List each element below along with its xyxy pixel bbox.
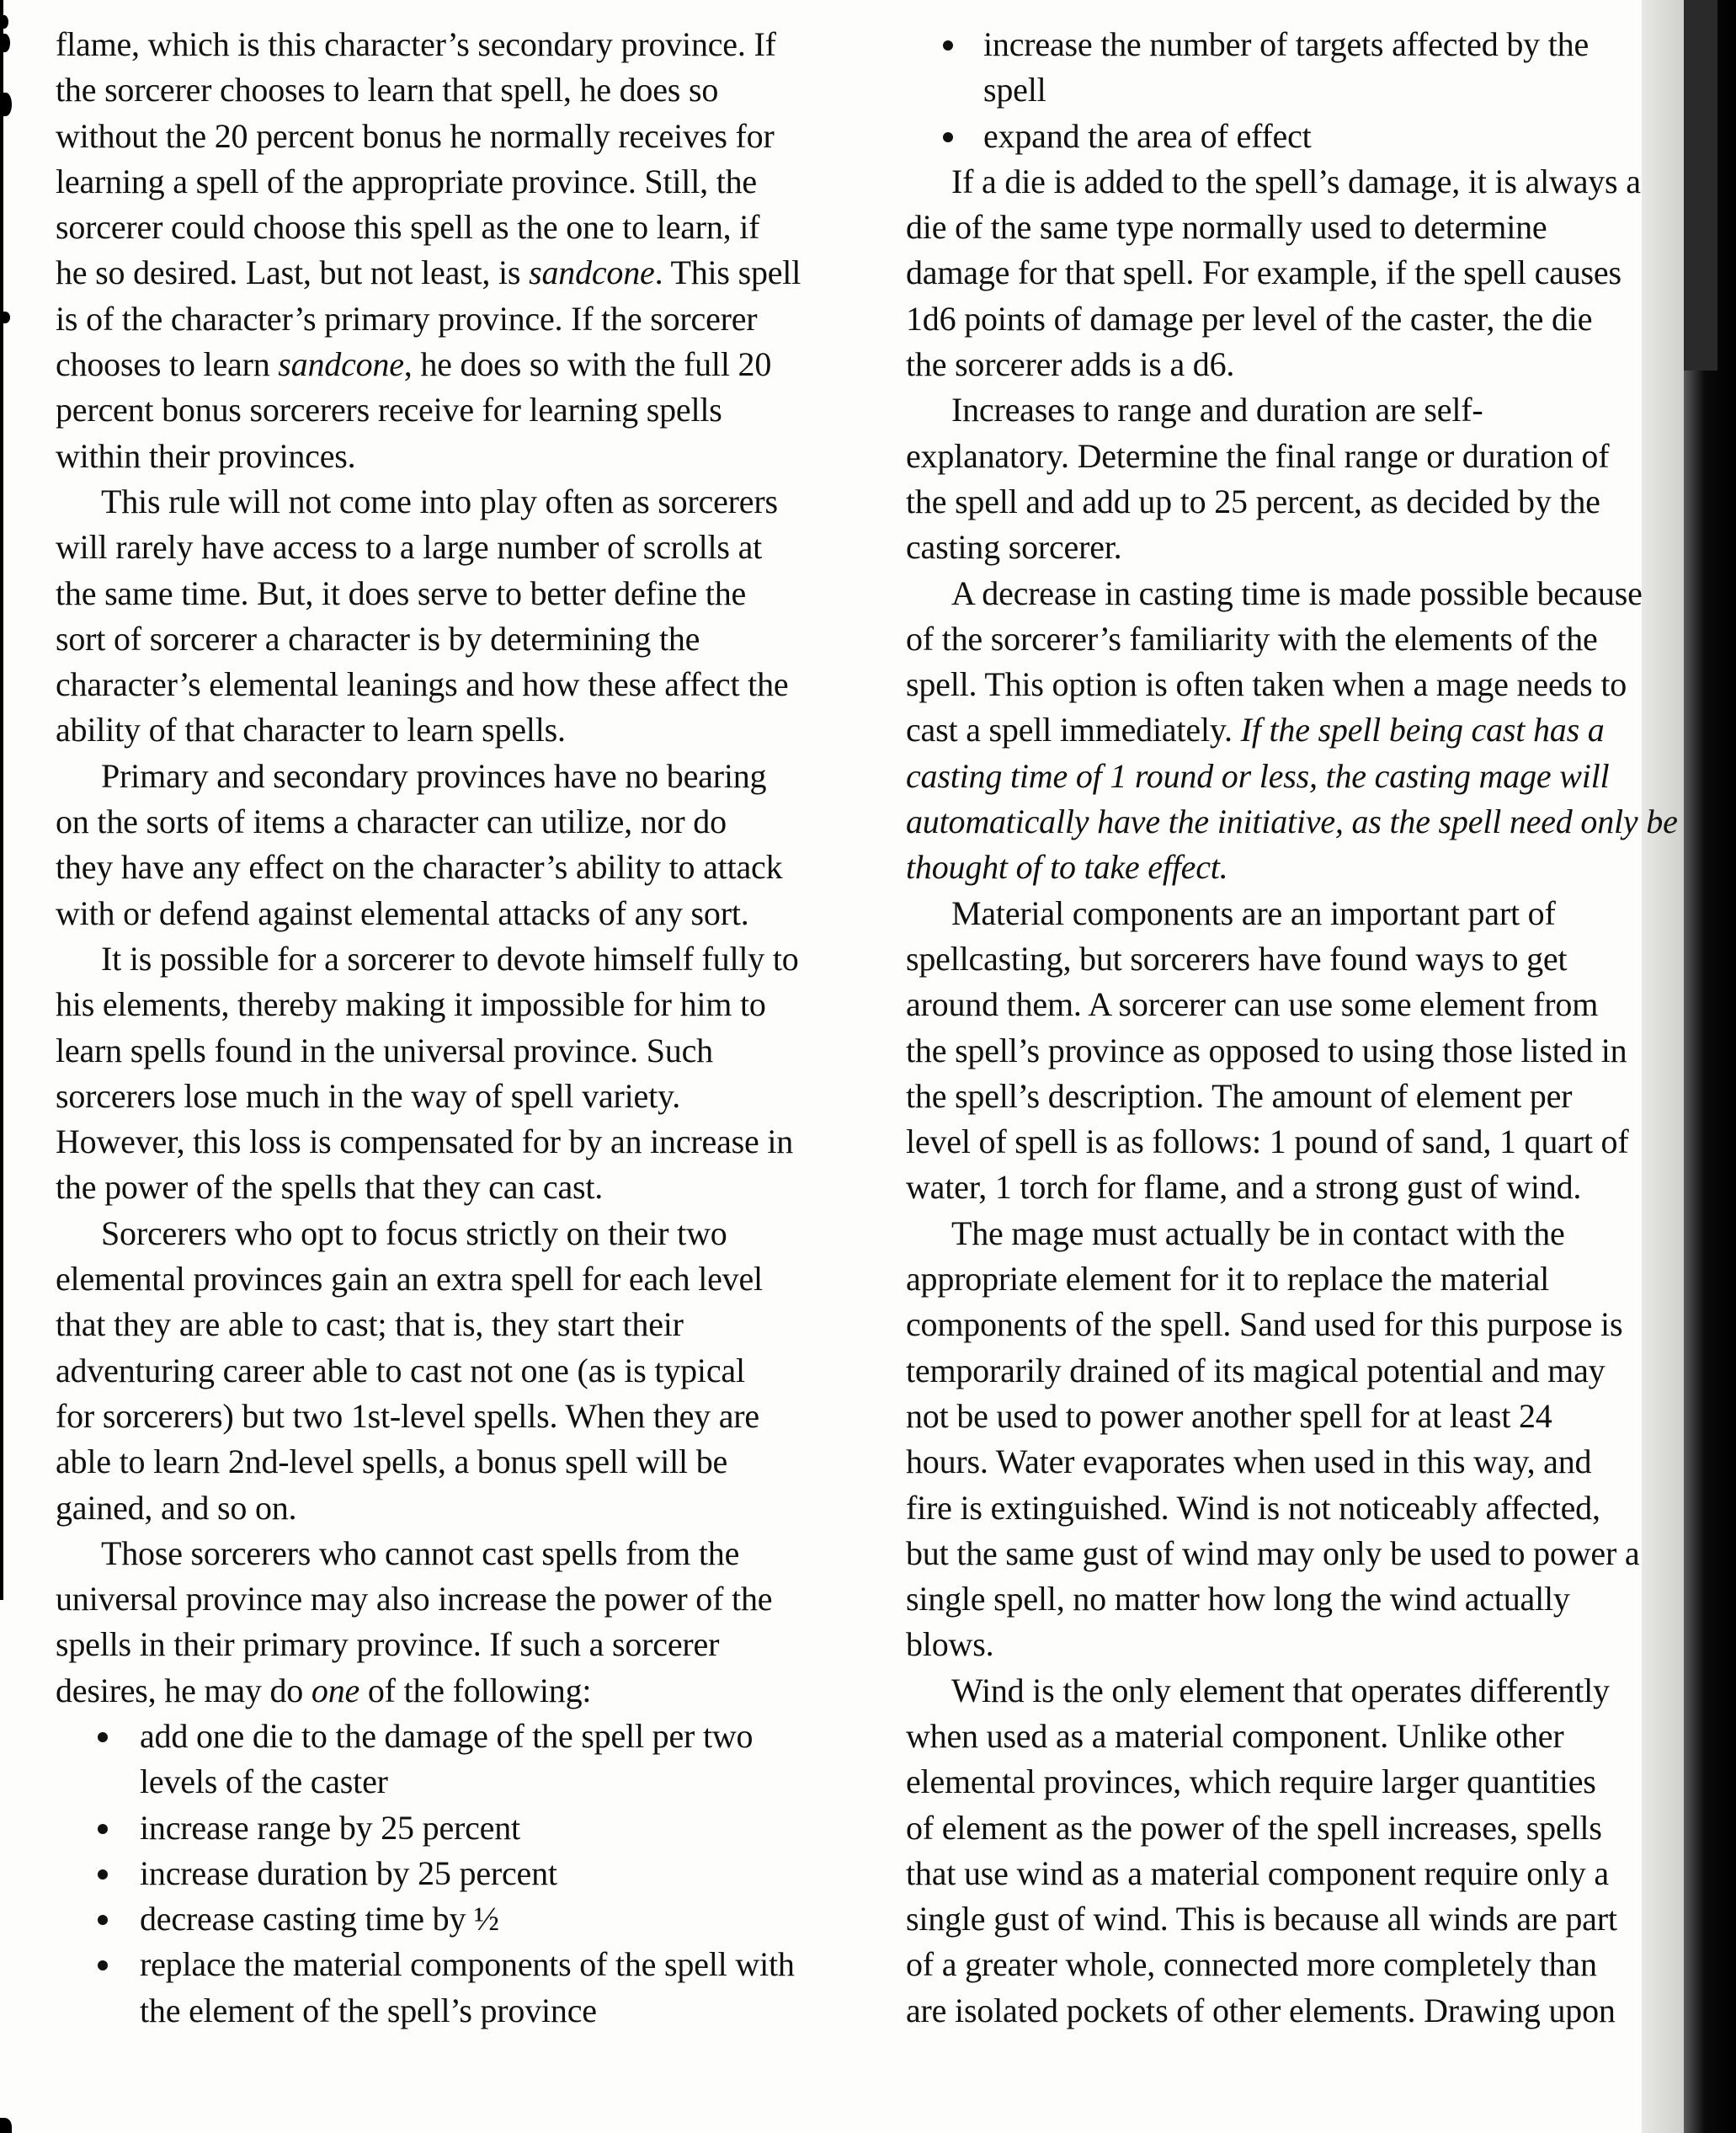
text-line: Material components are an important par… [906, 891, 1689, 936]
list-item: replace the material components of the s… [56, 1942, 855, 1987]
emphasis: one [312, 1672, 359, 1709]
list-item: increase the number of targets affected … [906, 22, 1689, 67]
italic-rule-line: thought of to take effect. [906, 845, 1689, 890]
paragraph: Sorcerers who opt to focus strictly on t… [56, 1211, 855, 1531]
text-line: hours. Water evaporates when used in thi… [906, 1439, 1689, 1485]
bullet-icon [943, 132, 953, 142]
list-item-text: increase duration by 25 percent [140, 1854, 557, 1892]
text-line: Wind is the only element that operates d… [906, 1668, 1689, 1714]
text-line: Primary and secondary provinces have no … [56, 754, 855, 799]
paragraph: This rule will not come into play often … [56, 479, 855, 754]
text-line: is of the character’s primary province. … [56, 296, 855, 342]
text-line: ability of that character to learn spell… [56, 707, 855, 753]
text-line: without the 20 percent bonus he normally… [56, 114, 855, 159]
text-line: Sorcerers who opt to focus strictly on t… [56, 1211, 855, 1256]
text-line: for sorcerers) but two 1st-level spells.… [56, 1394, 855, 1439]
text-span: of the following: [359, 1672, 591, 1709]
text-line: able to learn 2nd-level spells, a bonus … [56, 1439, 855, 1485]
text-line: the same time. But, it does serve to bet… [56, 571, 855, 616]
text-line: level of spell is as follows: 1 pound of… [906, 1119, 1689, 1165]
text-line: the spell’s description. The amount of e… [906, 1074, 1689, 1119]
text-span: . This spell [655, 253, 801, 291]
text-line: of element as the power of the spell inc… [906, 1805, 1689, 1851]
text-line: appropriate element for it to replace th… [906, 1256, 1689, 1302]
text-line: components of the spell. Sand used for t… [906, 1302, 1689, 1347]
text-line: the sorcerer chooses to learn that spell… [56, 67, 855, 113]
list-item-text: replace the material components of the s… [140, 1945, 795, 1983]
text-line: the power of the spells that they can ca… [56, 1165, 855, 1210]
paragraph: flame, which is this character’s seconda… [56, 22, 855, 479]
text-line: learning a spell of the appropriate prov… [56, 159, 855, 205]
paragraph: A decrease in casting time is made possi… [906, 571, 1689, 891]
text-line: Those sorcerers who cannot cast spells f… [56, 1531, 855, 1576]
bullet-icon [98, 1869, 108, 1880]
text-line: Increases to range and duration are self… [906, 387, 1689, 433]
text-line: within their provinces. [56, 434, 855, 479]
text-line: that use wind as a material component re… [906, 1851, 1689, 1896]
text-line: cast a spell immediately. If the spell b… [906, 707, 1689, 753]
paragraph: Those sorcerers who cannot cast spells f… [56, 1531, 855, 1714]
text-line: not be used to power another spell for a… [906, 1394, 1689, 1439]
text-line: temporarily drained of its magical poten… [906, 1348, 1689, 1394]
text-line: the spell and add up to 25 percent, as d… [906, 479, 1689, 525]
text-span: chooses to learn [56, 345, 278, 383]
bullet-icon [98, 1915, 108, 1925]
italic-rule-line: automatically have the initiative, as th… [906, 799, 1689, 845]
text-line: gained, and so on. [56, 1485, 855, 1531]
italic-rule-text: If the spell being cast has a [1241, 711, 1605, 749]
list-item-text: expand the area of effect [983, 117, 1312, 155]
text-line: single spell, no matter how long the win… [906, 1576, 1689, 1622]
scan-artifact [0, 93, 12, 116]
scan-edge [1684, 0, 1717, 371]
text-line: sorcerers lose much in the way of spell … [56, 1074, 855, 1119]
text-span: cast a spell immediately. [906, 711, 1241, 749]
paragraph: It is possible for a sorcerer to devote … [56, 936, 855, 1211]
text-line: explanatory. Determine the final range o… [906, 434, 1689, 479]
text-line: when used as a material component. Unlik… [906, 1714, 1689, 1759]
text-line: spellcasting, but sorcerers have found w… [906, 936, 1689, 982]
text-line: fire is extinguished. Wind is not notice… [906, 1485, 1689, 1531]
text-line: If a die is added to the spell’s damage,… [906, 159, 1689, 205]
list-item-text: decrease casting time by ½ [140, 1900, 499, 1938]
text-line: learn spells found in the universal prov… [56, 1028, 855, 1074]
scan-artifact [0, 312, 10, 323]
bullet-list: increase the number of targets affected … [906, 22, 1689, 159]
text-line: A decrease in casting time is made possi… [906, 571, 1689, 616]
list-item: expand the area of effect [906, 114, 1689, 159]
text-line: character’s elemental leanings and how t… [56, 662, 855, 707]
text-line: of the sorcerer’s familiarity with the e… [906, 616, 1689, 662]
binding-edge [0, 0, 3, 1600]
text-line: flame, which is this character’s seconda… [56, 22, 855, 67]
text-line: he so desired. Last, but not least, is s… [56, 250, 855, 296]
list-item: increase range by 25 percent [56, 1805, 855, 1851]
list-item-text: increase the number of targets affected … [983, 25, 1589, 63]
list-item-continuation: levels of the caster [56, 1759, 855, 1805]
text-line: his elements, thereby making it impossib… [56, 982, 855, 1027]
text-line: water, 1 torch for flame, and a strong g… [906, 1165, 1689, 1210]
list-item: increase duration by 25 percent [56, 1851, 855, 1896]
text-line: However, this loss is compensated for by… [56, 1119, 855, 1165]
text-line: elemental provinces, which require large… [906, 1759, 1689, 1805]
paragraph: Wind is the only element that operates d… [906, 1668, 1689, 2034]
text-line: chooses to learn sandcone, he does so wi… [56, 342, 855, 387]
text-line: the spell’s province as opposed to using… [906, 1028, 1689, 1074]
text-line: spell. This option is often taken when a… [906, 662, 1689, 707]
text-line: but the same gust of wind may only be us… [906, 1531, 1689, 1576]
text-line: casting sorcerer. [906, 525, 1689, 570]
text-span: , he does so with the full 20 [404, 345, 771, 383]
paragraph: If a die is added to the spell’s damage,… [906, 159, 1689, 387]
text-span: he so desired. Last, but not least, is [56, 253, 529, 291]
list-item: add one die to the damage of the spell p… [56, 1714, 855, 1759]
text-line: The mage must actually be in contact wit… [906, 1211, 1689, 1256]
text-line: of a greater whole, connected more compl… [906, 1942, 1689, 1987]
italic-rule-line: casting time of 1 round or less, the cas… [906, 754, 1689, 799]
paragraph: Increases to range and duration are self… [906, 387, 1689, 570]
text-line: are isolated pockets of other elements. … [906, 1988, 1689, 2034]
text-line: single gust of wind. This is because all… [906, 1896, 1689, 1942]
bullet-icon [98, 1732, 108, 1742]
bullet-list: add one die to the damage of the spell p… [56, 1714, 855, 2034]
text-line: that they are able to cast; that is, the… [56, 1302, 855, 1347]
text-line: universal province may also increase the… [56, 1576, 855, 1622]
text-line: the sorcerer adds is a d6. [906, 342, 1689, 387]
text-line: spells in their primary province. If suc… [56, 1622, 855, 1667]
paragraph: The mage must actually be in contact wit… [906, 1211, 1689, 1668]
text-line: sort of sorcerer a character is by deter… [56, 616, 855, 662]
list-item-text: increase range by 25 percent [140, 1809, 520, 1847]
paragraph: Primary and secondary provinces have no … [56, 754, 855, 936]
list-item: decrease casting time by ½ [56, 1896, 855, 1942]
scan-artifact [0, 15, 8, 29]
text-line: with or defend against elemental attacks… [56, 891, 855, 936]
list-item-continuation: the element of the spell’s province [56, 1988, 855, 2034]
text-line: desires, he may do one of the following: [56, 1668, 855, 1714]
text-line: percent bonus sorcerers receive for lear… [56, 387, 855, 433]
text-line: damage for that spell. For example, if t… [906, 250, 1689, 296]
scanned-page: flame, which is this character’s seconda… [0, 0, 1736, 2133]
text-line: This rule will not come into play often … [56, 479, 855, 525]
paragraph: Material components are an important par… [906, 891, 1689, 1211]
text-line: they have any effect on the character’s … [56, 845, 855, 890]
text-line: will rarely have access to a large numbe… [56, 525, 855, 570]
left-column: flame, which is this character’s seconda… [56, 22, 855, 2034]
spell-name: sandcone [278, 345, 403, 383]
list-item-continuation: spell [906, 67, 1689, 113]
text-span: desires, he may do [56, 1672, 312, 1709]
text-line: elemental provinces gain an extra spell … [56, 1256, 855, 1302]
text-line: 1d6 points of damage per level of the ca… [906, 296, 1689, 342]
text-line: It is possible for a sorcerer to devote … [56, 936, 855, 982]
scan-artifact [0, 34, 10, 52]
text-line: around them. A sorcerer can use some ele… [906, 982, 1689, 1027]
text-line: adventuring career able to cast not one … [56, 1348, 855, 1394]
text-line: on the sorts of items a character can ut… [56, 799, 855, 845]
list-item-text: add one die to the damage of the spell p… [140, 1717, 753, 1755]
bullet-icon [943, 40, 953, 51]
text-line: blows. [906, 1622, 1689, 1667]
bullet-icon [98, 1824, 108, 1834]
bullet-icon [98, 1960, 108, 1970]
text-line: sorcerer could choose this spell as the … [56, 205, 855, 250]
text-line: die of the same type normally used to de… [906, 205, 1689, 250]
spell-name: sandcone [529, 253, 654, 291]
right-column: increase the number of targets affected … [906, 22, 1689, 2034]
scan-artifact [0, 2118, 12, 2133]
